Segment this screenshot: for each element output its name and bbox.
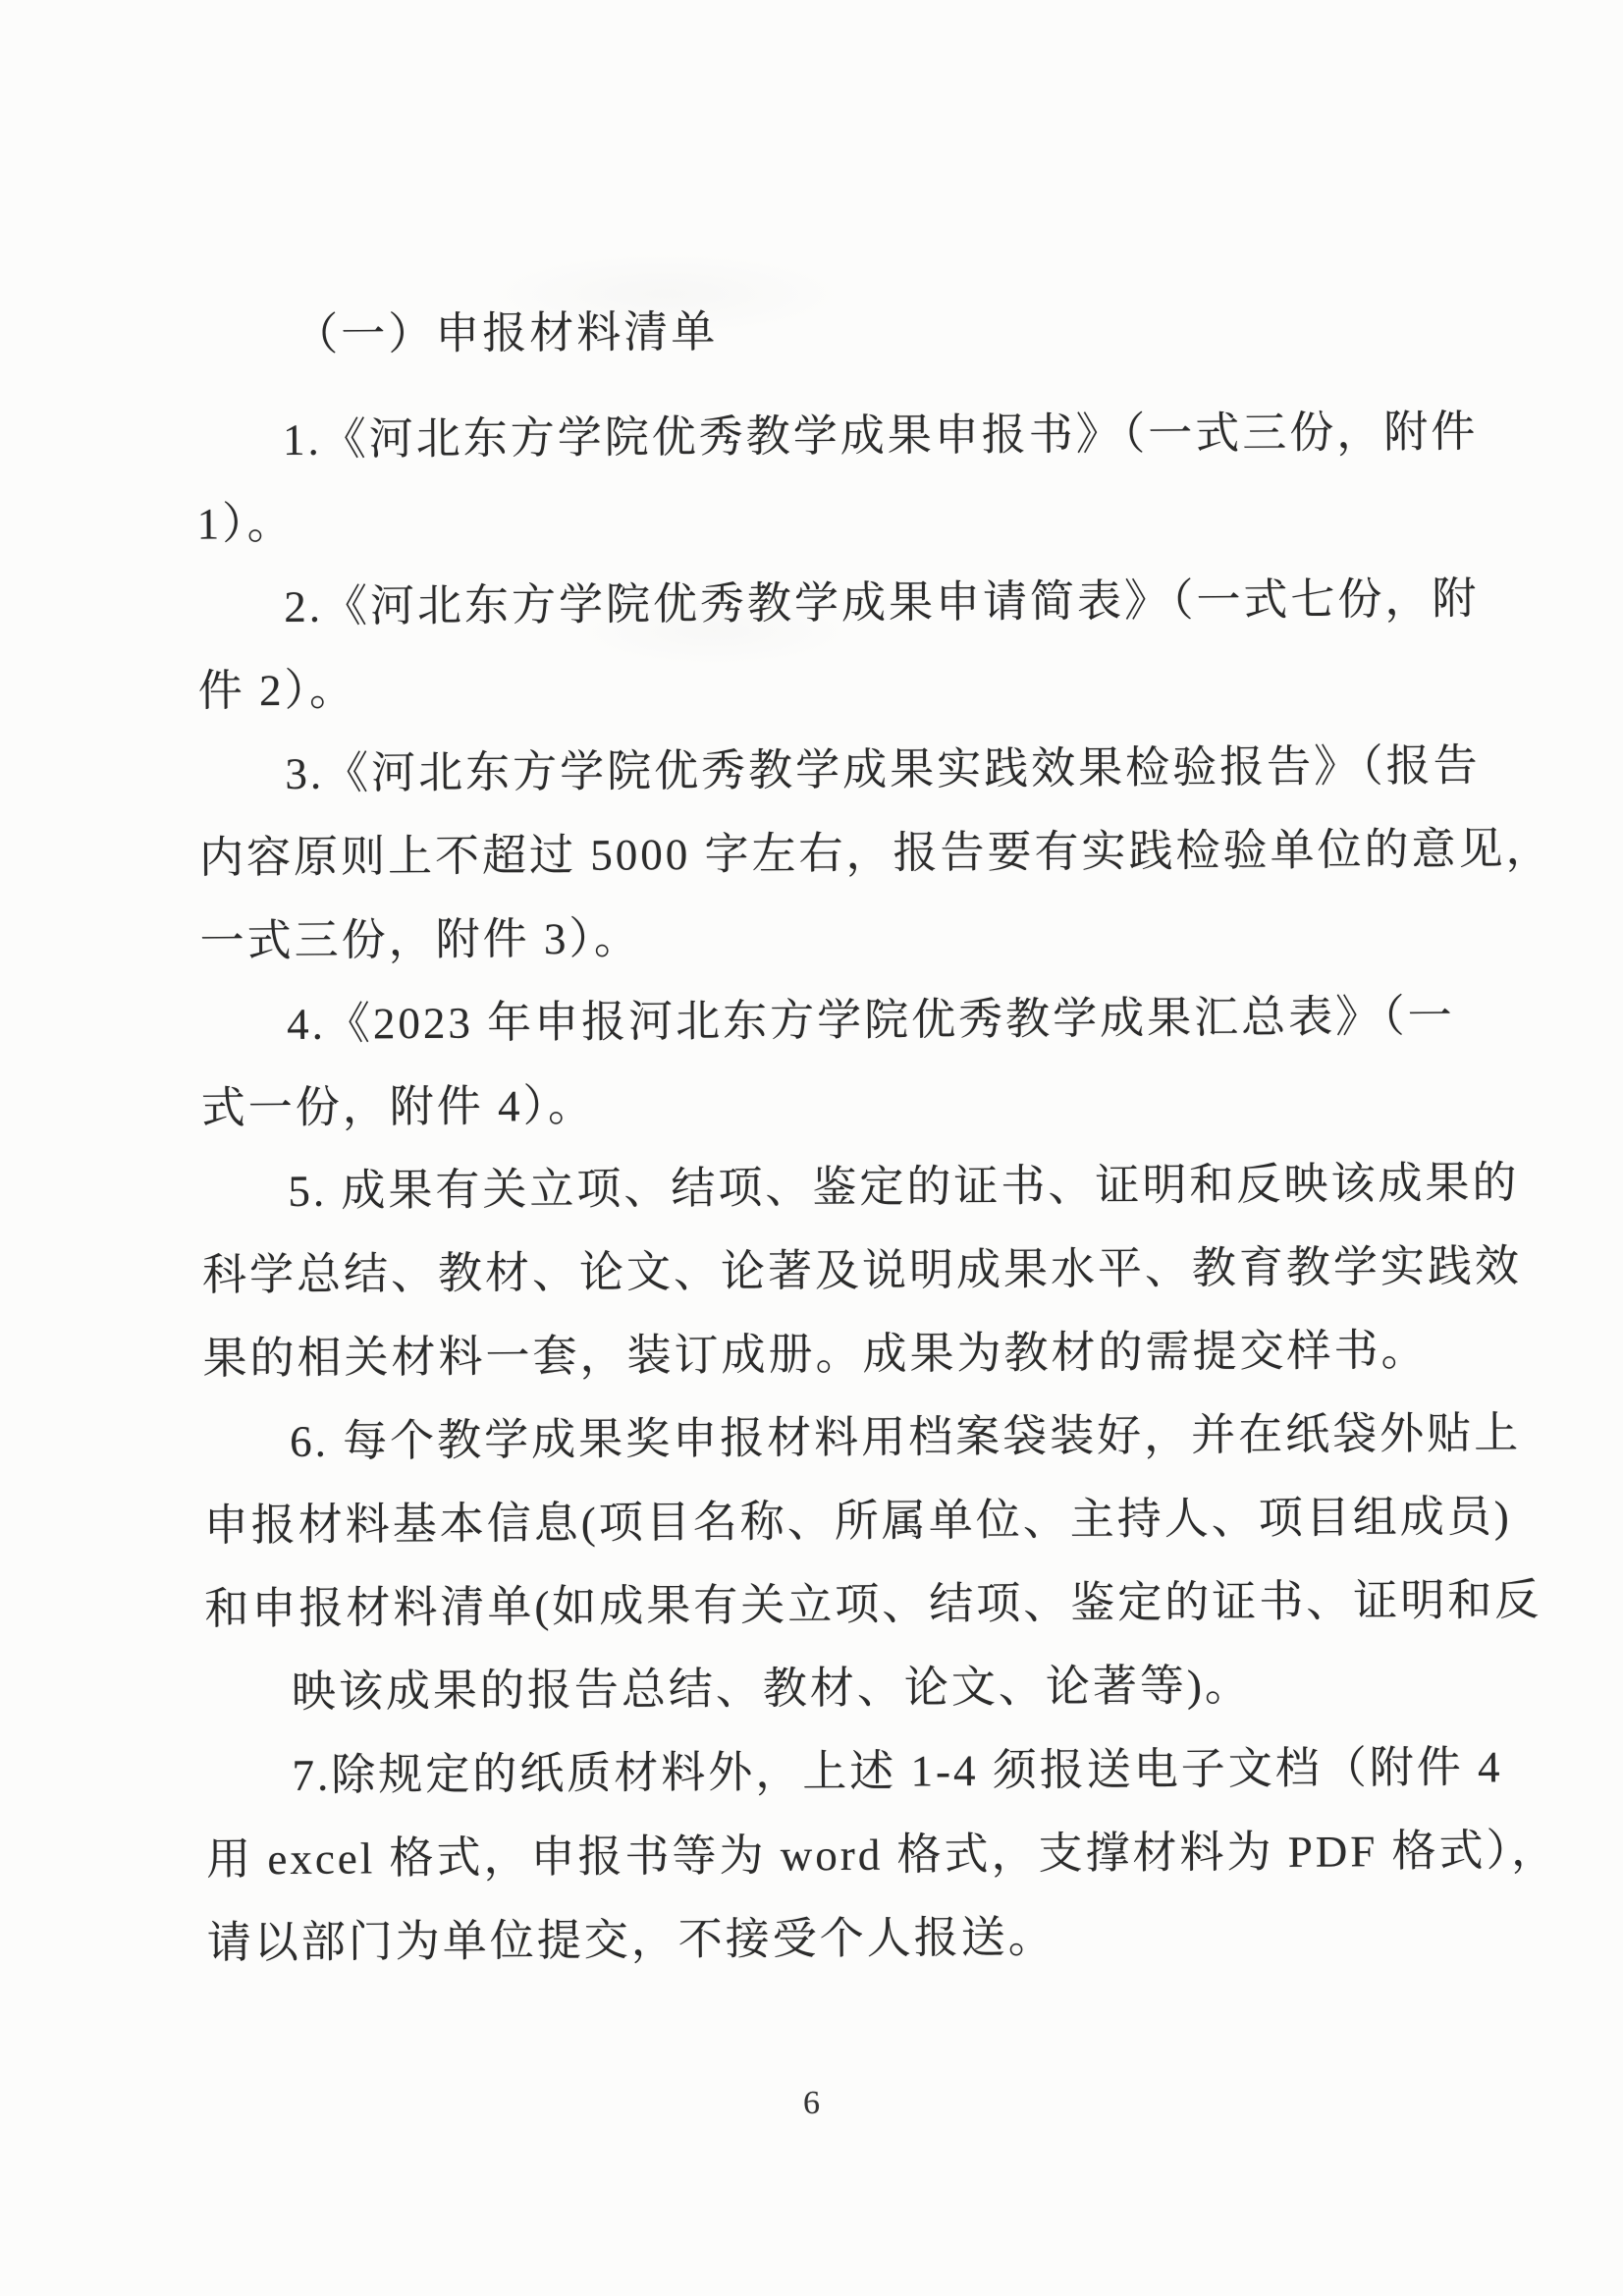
text-line: 申报材料基本信息(项目名称、所属单位、主持人、项目组成员) [203,1475,1486,1567]
text-line: 科学总结、教材、论文、论著及说明成果水平、教育教学实践效 [202,1225,1485,1317]
text-line: 和申报材料清单(如成果有关立项、结项、鉴定的证书、证明和反 [204,1558,1487,1651]
text-line: 请以部门为单位提交，不接受个人报送。 [206,1892,1488,1985]
text-line: 件 2）。 [198,640,1481,733]
text-line: 1）。 [196,473,1479,566]
text-line: 7.除规定的纸质材料外，上述 1-4 须报送电子文档（附件 4 [205,1725,1488,1818]
text-line: 式一份，附件 4）。 [200,1058,1483,1150]
page-number: 6 [0,2074,1623,2133]
document-page: （一）申报材料清单1.《河北东方学院优秀教学成果申报书》（一式三份，附件1）。2… [0,0,1623,2296]
text-line: 6. 每个教学成果奖申报材料用档案袋装好，并在纸袋外贴上 [203,1392,1486,1484]
text-line: 果的相关材料一套，装订成册。成果为教材的需提交样书。 [202,1308,1485,1400]
text-line: 一式三份，附件 3）。 [199,891,1482,983]
text-line: 5. 成果有关立项、结项、鉴定的证书、证明和反映该成果的 [201,1141,1484,1233]
text-line: 2.《河北东方学院优秀教学成果申请简表》（一式七份，附 [197,557,1480,649]
text-line: 1.《河北东方学院优秀教学成果申报书》（一式三份，附件 [196,390,1479,482]
section-heading: （一）申报材料清单 [195,285,1478,377]
text-line: 3.《河北东方学院优秀教学成果实践效果检验报告》（报告 [198,724,1481,816]
text-block: （一）申报材料清单1.《河北东方学院优秀教学成果申报书》（一式三份，附件1）。2… [195,285,1488,1985]
text-line: 4.《2023 年申报河北东方学院优秀教学成果汇总表》（一 [200,974,1483,1066]
text-line: 用 excel 格式，申报书等为 word 格式，支撑材料为 PDF 格式）， [206,1809,1488,1901]
text-line: 内容原则上不超过 5000 字左右，报告要有实践检验单位的意见， [199,807,1482,900]
text-line: 映该成果的报告总结、教材、论文、论著等)。 [205,1642,1488,1734]
